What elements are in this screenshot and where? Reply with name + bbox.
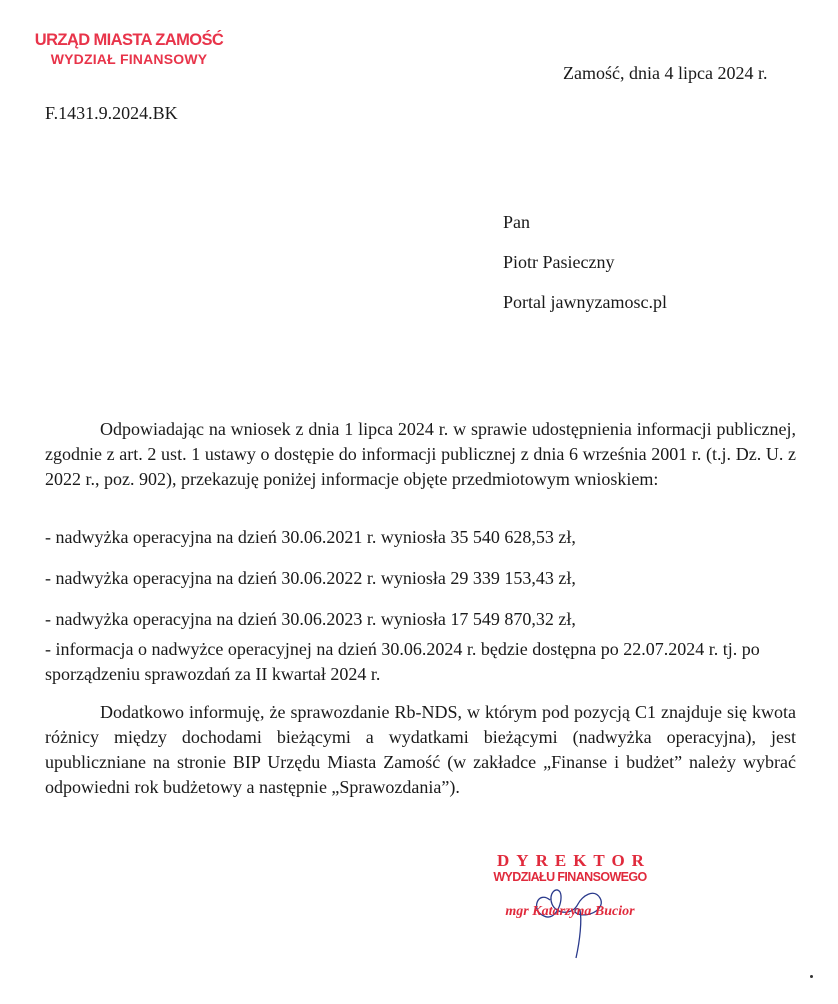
recipient-salutation: Pan	[503, 211, 667, 251]
list-item: - nadwyżka operacyjna na dzień 30.06.202…	[45, 526, 576, 548]
reference-number: F.1431.9.2024.BK	[45, 103, 178, 124]
signature-title: DYREKTOR	[475, 852, 665, 870]
signatory-name: mgr Katarzyna Bucior	[475, 904, 665, 920]
intro-paragraph-text: Odpowiadając na wniosek z dnia 1 lipca 2…	[45, 417, 796, 492]
list-item: - nadwyżka operacyjna na dzień 30.06.202…	[45, 567, 576, 589]
recipient-name: Piotr Pasieczny	[503, 251, 667, 291]
list-item: - informacja o nadwyżce operacyjnej na d…	[45, 637, 796, 687]
list-item: - nadwyżka operacyjna na dzień 30.06.202…	[45, 608, 576, 630]
intro-paragraph: Odpowiadając na wniosek z dnia 1 lipca 2…	[45, 417, 796, 492]
place-and-date: Zamość, dnia 4 lipca 2024 r.	[563, 63, 767, 84]
letterhead-stamp: URZĄD MIASTA ZAMOŚĆ WYDZIAŁ FINANSOWY	[34, 30, 224, 68]
department-name: WYDZIAŁ FINANSOWY	[34, 50, 224, 68]
office-name: URZĄD MIASTA ZAMOŚĆ	[34, 30, 224, 50]
additional-info-text: Dodatkowo informuję, że sprawozdanie Rb-…	[45, 700, 796, 800]
scan-speck	[810, 975, 813, 978]
additional-info-paragraph: Dodatkowo informuję, że sprawozdanie Rb-…	[45, 700, 796, 800]
signature-stamp: DYREKTOR WYDZIAŁU FINANSOWEGO mgr Katarz…	[475, 852, 665, 884]
recipient-organization: Portal jawnyzamosc.pl	[503, 291, 667, 331]
recipient-address: Pan Piotr Pasieczny Portal jawnyzamosc.p…	[503, 211, 667, 331]
